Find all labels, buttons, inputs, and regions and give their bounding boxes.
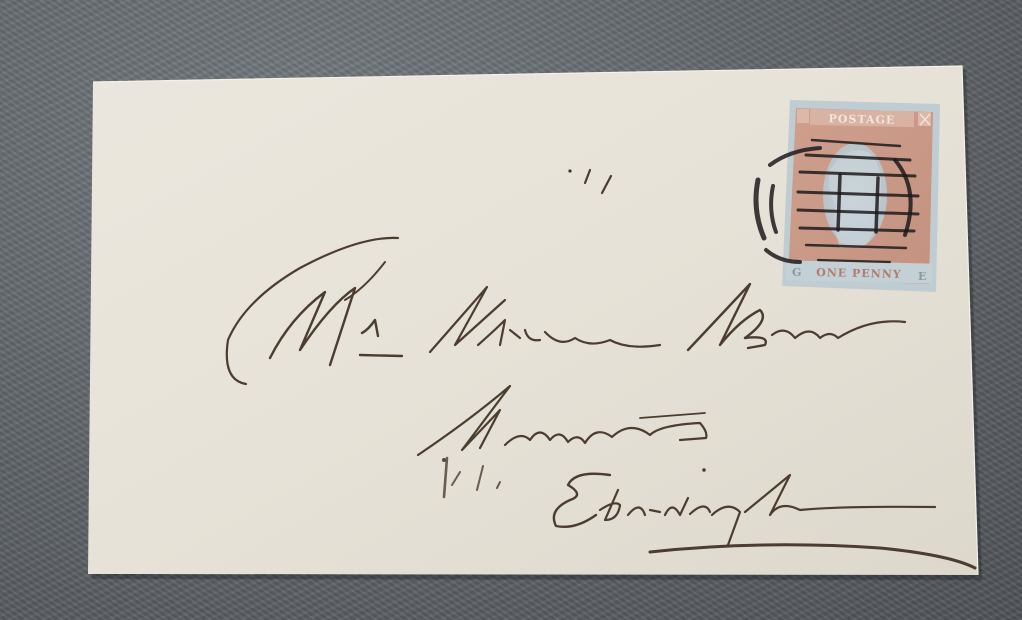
stamp-corner-letter-right: E — [918, 270, 927, 283]
envelope-photo: POSTAGE ONE PENNY G E — [0, 0, 1022, 620]
stamp-corner-letter-left: G — [792, 266, 802, 279]
stamp-bottom-label: ONE PENNY — [816, 266, 902, 281]
stamp-top-label: POSTAGE — [828, 112, 895, 127]
